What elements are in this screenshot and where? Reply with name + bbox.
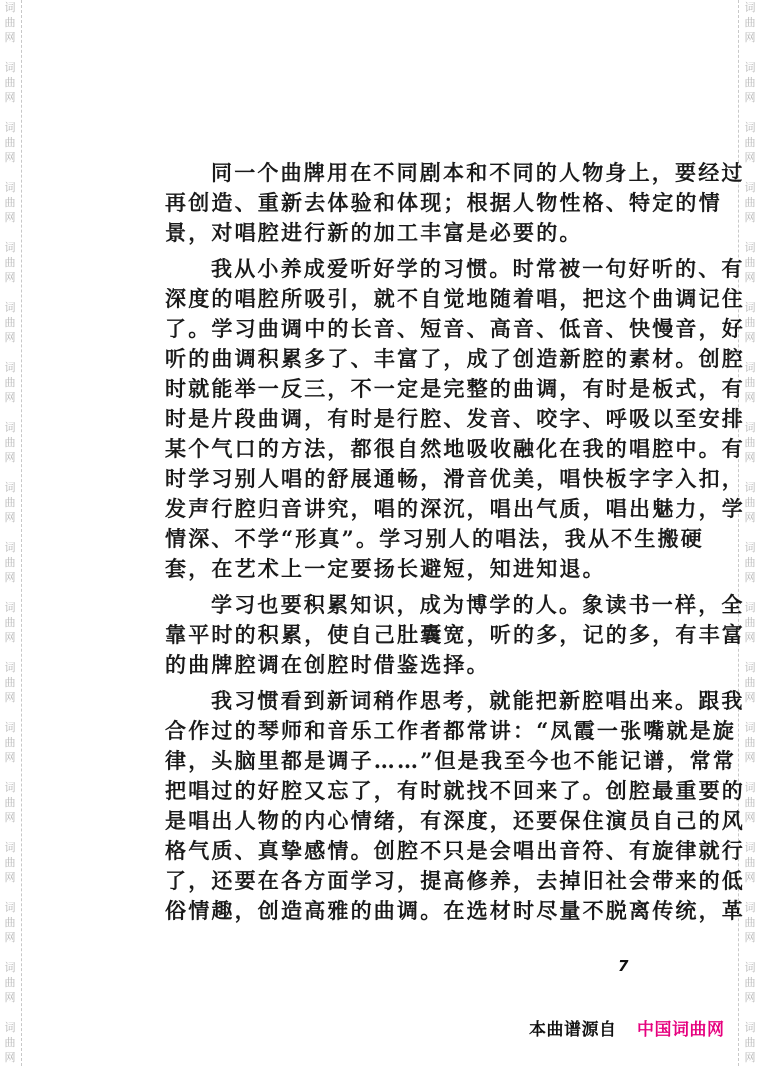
watermark-text: 词曲网 bbox=[2, 180, 18, 225]
text-line: 了，还要在各方面学习，提高修养，去掉旧社会带来的低 bbox=[165, 866, 633, 896]
text-line: 格气质、真挚感情。创腔不只是会唱出音符、有旋律就行 bbox=[165, 836, 633, 866]
text-line: 是唱出人物的内心情绪，有深度，还要保住演员自己的风 bbox=[165, 806, 633, 836]
text-line: 把唱过的好腔又忘了，有时就找不回来了。创腔最重要的 bbox=[165, 776, 633, 806]
text-line: 我习惯看到新词稍作思考，就能把新腔唱出来。跟我 bbox=[165, 686, 633, 716]
page-body-text: 同一个曲牌用在不同剧本和不同的人物身上，要经过 再创造、重新去体验和体现；根据人… bbox=[165, 158, 633, 932]
text-line: 再创造、重新去体验和体现；根据人物性格、特定的情 bbox=[165, 188, 633, 218]
footer-source-label: 本曲谱源自 bbox=[529, 1015, 617, 1040]
watermark-gutter-left: 词曲网词曲网词曲网词曲网词曲网词曲网词曲网词曲网词曲网词曲网词曲网词曲网词曲网词… bbox=[0, 0, 20, 1066]
watermark-text: 词曲网 bbox=[2, 780, 18, 825]
text-line: 同一个曲牌用在不同剧本和不同的人物身上，要经过 bbox=[165, 158, 633, 188]
text-line: 时是片段曲调，有时是行腔、发音、咬字、呼吸以至安排 bbox=[165, 404, 633, 434]
watermark-text: 词曲网 bbox=[742, 540, 758, 585]
watermark-text: 词曲网 bbox=[2, 240, 18, 285]
paragraph-3: 学习也要积累知识，成为博学的人。象读书一样，全 靠平时的积累，使自己肚囊宽，听的… bbox=[165, 590, 633, 680]
watermark-text: 词曲网 bbox=[2, 0, 18, 45]
watermark-text: 词曲网 bbox=[2, 1020, 18, 1065]
page-number: 7 bbox=[618, 957, 628, 975]
text-line: 律，头脑里都是调子……”但是我至今也不能记谱，常常 bbox=[165, 746, 633, 776]
text-line: 发声行腔归音讲究，唱的深沉，唱出气质，唱出魅力，学 bbox=[165, 494, 633, 524]
text-line: 时就能举一反三，不一定是完整的曲调，有时是板式，有 bbox=[165, 374, 633, 404]
watermark-text: 词曲网 bbox=[742, 960, 758, 1005]
text-line: 的曲牌腔调在创腔时借鉴选择。 bbox=[165, 650, 633, 680]
text-line: 景，对唱腔进行新的加工丰富是必要的。 bbox=[165, 218, 633, 248]
watermark-text: 词曲网 bbox=[2, 600, 18, 645]
watermark-text: 词曲网 bbox=[2, 120, 18, 165]
watermark-text: 词曲网 bbox=[2, 420, 18, 465]
text-line: 听的曲调积累多了、丰富了，成了创造新腔的素材。创腔 bbox=[165, 344, 633, 374]
paragraph-1: 同一个曲牌用在不同剧本和不同的人物身上，要经过 再创造、重新去体验和体现；根据人… bbox=[165, 158, 633, 248]
text-line: 合作过的琴师和音乐工作者都常讲：“凤霞一张嘴就是旋 bbox=[165, 716, 633, 746]
watermark-text: 词曲网 bbox=[2, 900, 18, 945]
watermark-text: 词曲网 bbox=[742, 0, 758, 45]
watermark-text: 词曲网 bbox=[2, 840, 18, 885]
watermark-text: 词曲网 bbox=[742, 1020, 758, 1065]
paragraph-2: 我从小养成爱听好学的习惯。时常被一句好听的、有 深度的唱腔所吸引，就不自觉地随着… bbox=[165, 254, 633, 584]
watermark-text: 词曲网 bbox=[742, 720, 758, 765]
watermark-text: 词曲网 bbox=[2, 960, 18, 1005]
watermark-text: 词曲网 bbox=[2, 540, 18, 585]
text-line: 某个气口的方法，都很自然地吸收融化在我的唱腔中。有 bbox=[165, 434, 633, 464]
text-line: 时学习别人唱的舒展通畅，滑音优美，唱快板字字入扣， bbox=[165, 464, 633, 494]
text-line: 套，在艺术上一定要扬长避短，知进知退。 bbox=[165, 554, 633, 584]
text-line: 我从小养成爱听好学的习惯。时常被一句好听的、有 bbox=[165, 254, 633, 284]
text-line: 情深、不学“形真”。学习别人的唱法，我从不生搬硬 bbox=[165, 524, 633, 554]
watermark-text: 词曲网 bbox=[2, 660, 18, 705]
watermark-text: 词曲网 bbox=[2, 60, 18, 105]
text-line: 靠平时的积累，使自己肚囊宽，听的多，记的多，有丰富 bbox=[165, 620, 633, 650]
watermark-text: 词曲网 bbox=[742, 60, 758, 105]
paragraph-4: 我习惯看到新词稍作思考，就能把新腔唱出来。跟我 合作过的琴师和音乐工作者都常讲：… bbox=[165, 686, 633, 926]
watermark-text: 词曲网 bbox=[742, 120, 758, 165]
text-line: 学习也要积累知识，成为博学的人。象读书一样，全 bbox=[165, 590, 633, 620]
footer-site-name[interactable]: 中国词曲网 bbox=[637, 1015, 725, 1040]
watermark-text: 词曲网 bbox=[2, 360, 18, 405]
text-line: 深度的唱腔所吸引，就不自觉地随着唱，把这个曲调记住 bbox=[165, 284, 633, 314]
text-line: 俗情趣，创造高雅的曲调。在选材时尽量不脱离传统，革 bbox=[165, 896, 633, 926]
watermark-text: 词曲网 bbox=[2, 300, 18, 345]
watermark-text: 词曲网 bbox=[2, 480, 18, 525]
watermark-text: 词曲网 bbox=[742, 180, 758, 225]
watermark-text: 词曲网 bbox=[2, 720, 18, 765]
text-line: 了。学习曲调中的长音、短音、高音、低音、快慢音，好 bbox=[165, 314, 633, 344]
gutter-divider-left bbox=[21, 0, 22, 1066]
